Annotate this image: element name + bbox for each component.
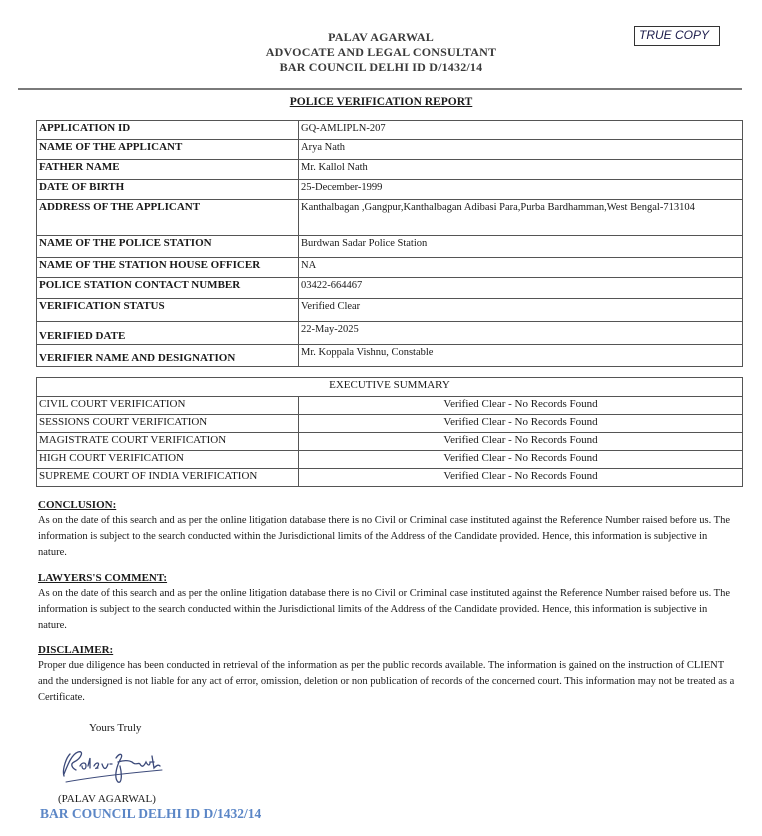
court-label: SESSIONS COURT VERIFICATION xyxy=(37,415,299,433)
table-row: NAME OF THE APPLICANTArya Nath xyxy=(37,140,743,160)
row-value: NA xyxy=(299,258,743,278)
table-row: POLICE STATION CONTACT NUMBER03422-66446… xyxy=(37,278,743,299)
row-value: Burdwan Sadar Police Station xyxy=(299,236,743,258)
table-row: HIGH COURT VERIFICATIONVerified Clear - … xyxy=(37,451,743,469)
row-label: VERIFIER NAME AND DESIGNATION xyxy=(37,345,299,367)
row-value: Kanthalbagan ,Gangpur,Kanthalbagan Adiba… xyxy=(299,200,743,236)
lawyers-comment-heading: LAWYERS'S COMMENT: xyxy=(38,570,738,586)
court-status: Verified Clear - No Records Found xyxy=(299,451,743,469)
summary-heading: EXECUTIVE SUMMARY xyxy=(37,378,743,397)
row-value: 22-May-2025 xyxy=(299,322,743,345)
report-title: POLICE VERIFICATION REPORT xyxy=(0,96,762,108)
table-row: MAGISTRATE COURT VERIFICATIONVerified Cl… xyxy=(37,433,743,451)
court-status: Verified Clear - No Records Found xyxy=(299,397,743,415)
signatory-name: (PALAV AGARWAL) xyxy=(58,793,156,805)
row-value: Mr. Koppala Vishnu, Constable xyxy=(299,345,743,367)
details-table: APPLICATION IDGQ-AMLIPLN-207 NAME OF THE… xyxy=(36,120,743,367)
row-label: NAME OF THE APPLICANT xyxy=(37,140,299,160)
bar-council-id: BAR COUNCIL DELHI ID D/1432/14 xyxy=(0,60,762,75)
disclaimer-heading: DISCLAIMER: xyxy=(38,642,738,658)
court-label: HIGH COURT VERIFICATION xyxy=(37,451,299,469)
row-value: Arya Nath xyxy=(299,140,743,160)
conclusion-text: As on the date of this search and as per… xyxy=(38,513,738,561)
executive-summary-table: EXECUTIVE SUMMARY CIVIL COURT VERIFICATI… xyxy=(36,377,743,487)
signature-image xyxy=(58,744,168,790)
table-row: NAME OF THE POLICE STATIONBurdwan Sadar … xyxy=(37,236,743,258)
court-label: SUPREME COURT OF INDIA VERIFICATION xyxy=(37,469,299,487)
row-label: ADDRESS OF THE APPLICANT xyxy=(37,200,299,236)
row-label: NAME OF THE STATION HOUSE OFFICER xyxy=(37,258,299,278)
row-label: DATE OF BIRTH xyxy=(37,180,299,200)
court-status: Verified Clear - No Records Found xyxy=(299,433,743,451)
court-label: MAGISTRATE COURT VERIFICATION xyxy=(37,433,299,451)
row-label: POLICE STATION CONTACT NUMBER xyxy=(37,278,299,299)
table-row: SUPREME COURT OF INDIA VERIFICATIONVerif… xyxy=(37,469,743,487)
signatory-bar-id: BAR COUNCIL DELHI ID D/1432/14 xyxy=(40,806,261,822)
table-row: VERIFIER NAME AND DESIGNATIONMr. Koppala… xyxy=(37,345,743,367)
table-row: APPLICATION IDGQ-AMLIPLN-207 xyxy=(37,121,743,140)
row-label: VERIFICATION STATUS xyxy=(37,299,299,322)
table-row: VERIFIED DATE22-May-2025 xyxy=(37,322,743,345)
row-value: 03422-664467 xyxy=(299,278,743,299)
row-label: NAME OF THE POLICE STATION xyxy=(37,236,299,258)
summary-heading-row: EXECUTIVE SUMMARY xyxy=(37,378,743,397)
row-value: Mr. Kallol Nath xyxy=(299,160,743,180)
row-value: 25-December-1999 xyxy=(299,180,743,200)
disclaimer-section: DISCLAIMER: Proper due diligence has bee… xyxy=(38,642,738,706)
table-row: ADDRESS OF THE APPLICANTKanthalbagan ,Ga… xyxy=(37,200,743,236)
conclusion-section: CONCLUSION: As on the date of this searc… xyxy=(38,497,738,561)
disclaimer-text: Proper due diligence has been conducted … xyxy=(38,658,738,706)
table-row: DATE OF BIRTH25-December-1999 xyxy=(37,180,743,200)
advocate-title: ADVOCATE AND LEGAL CONSULTANT xyxy=(0,45,762,60)
header-divider xyxy=(18,88,742,90)
court-status: Verified Clear - No Records Found xyxy=(299,415,743,433)
row-value: Verified Clear xyxy=(299,299,743,322)
court-status: Verified Clear - No Records Found xyxy=(299,469,743,487)
row-label: VERIFIED DATE xyxy=(37,322,299,345)
closing-text: Yours Truly xyxy=(89,722,141,734)
table-row: CIVIL COURT VERIFICATIONVerified Clear -… xyxy=(37,397,743,415)
conclusion-heading: CONCLUSION: xyxy=(38,497,738,513)
lawyers-comment-section: LAWYERS'S COMMENT: As on the date of thi… xyxy=(38,570,738,634)
table-row: SESSIONS COURT VERIFICATIONVerified Clea… xyxy=(37,415,743,433)
row-value: GQ-AMLIPLN-207 xyxy=(299,121,743,140)
table-row: VERIFICATION STATUSVerified Clear xyxy=(37,299,743,322)
row-label: APPLICATION ID xyxy=(37,121,299,140)
lawyers-comment-text: As on the date of this search and as per… xyxy=(38,586,738,634)
row-label: FATHER NAME xyxy=(37,160,299,180)
court-label: CIVIL COURT VERIFICATION xyxy=(37,397,299,415)
table-row: FATHER NAMEMr. Kallol Nath xyxy=(37,160,743,180)
table-row: NAME OF THE STATION HOUSE OFFICERNA xyxy=(37,258,743,278)
true-copy-stamp: TRUE COPY xyxy=(634,26,720,46)
